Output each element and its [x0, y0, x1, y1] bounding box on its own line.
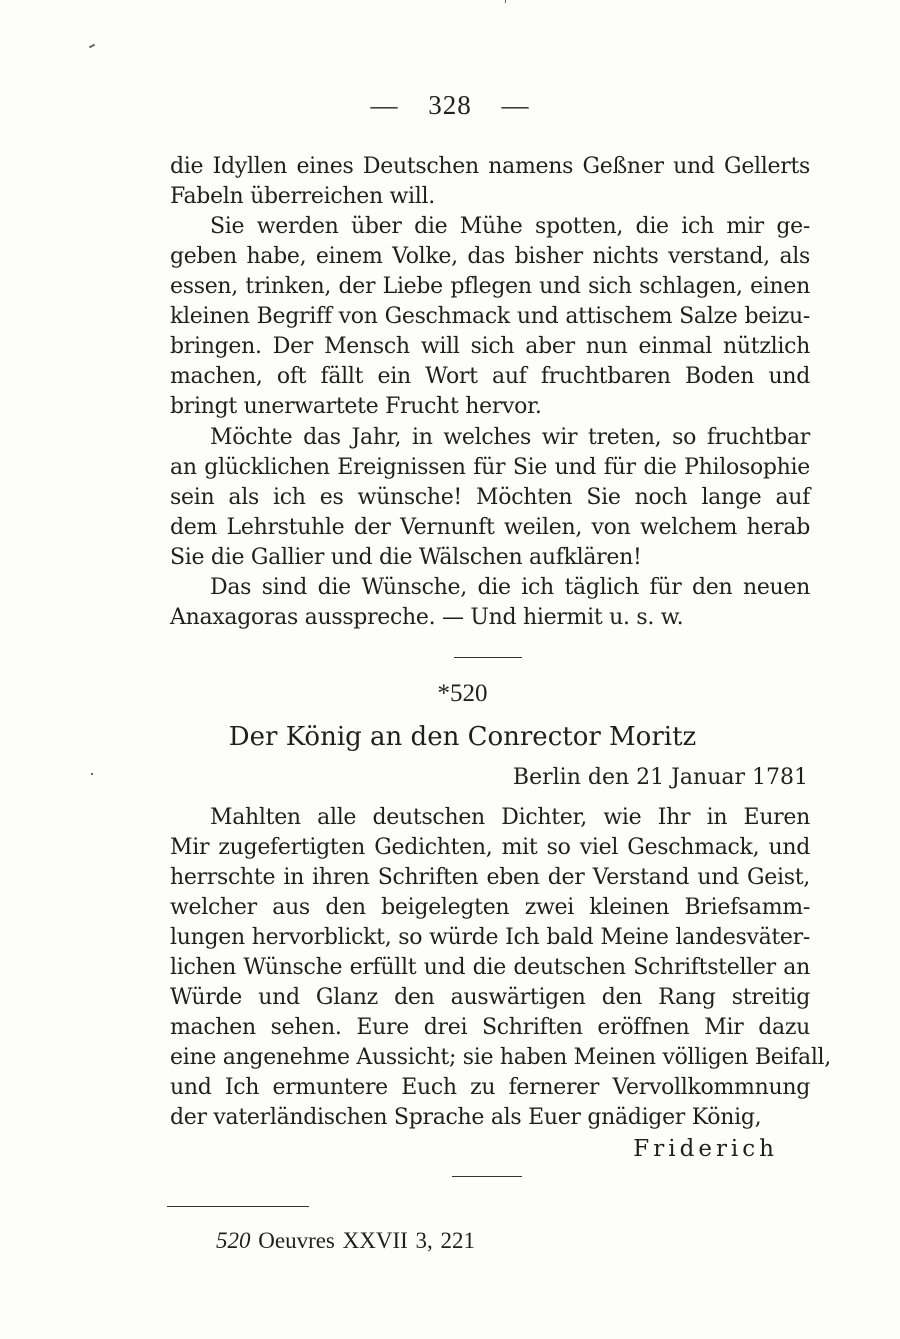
text-line: an glücklichen Ereignissen für Sie und f… [170, 453, 810, 483]
scan-speck [91, 773, 93, 775]
footnote-text: Oeuvres XXVII 3, 221 [258, 1228, 475, 1253]
text-line: lungen hervorblickt, so würde Ich bald M… [170, 923, 810, 953]
text-line: Würde und Glanz den auswärtigen den Rang… [170, 983, 810, 1013]
text-line: welcher aus den beigelegten zwei kleinen… [170, 893, 810, 923]
text-line: Mahlten alle deutschen Dichter, wie Ihr … [210, 803, 810, 833]
page-number: — 328 — [0, 90, 900, 121]
text-line: kleinen Begriff von Geschmack und attisc… [170, 302, 810, 332]
text-line: bringen. Der Mensch will sich aber nun e… [170, 332, 810, 362]
text-line: Fabeln überreichen will. [170, 182, 810, 212]
text-line: lichen Wünsche erfüllt und die deutschen… [170, 953, 810, 983]
text-line: Mir zugefertigten Gedichten, mit so viel… [170, 833, 810, 863]
text-line: geben habe, einem Volke, das bisher nich… [170, 242, 810, 272]
text-line: Sie die Gallier und die Wälschen aufklär… [170, 543, 810, 573]
text-line: die Idyllen eines Deutschen namens Geßne… [170, 152, 810, 182]
text-line: eine angenehme Aussicht; sie haben Meine… [170, 1043, 810, 1073]
text-line: bringt unerwartete Frucht hervor. [170, 392, 810, 422]
text-line: herrschte in ihren Schriften eben der Ve… [170, 863, 810, 893]
text-line: Anaxagoras ausspreche. — Und hiermit u. … [170, 603, 810, 633]
footnote-separator [167, 1206, 309, 1207]
text-line: machen sehen. Eure drei Schriften eröffn… [170, 1013, 810, 1043]
text-line: dem Lehrstuhle der Vernunft weilen, von … [170, 513, 810, 543]
letter-dateline: Berlin den 21 Januar 1781 [513, 765, 808, 790]
footnote-number: 520 [216, 1228, 251, 1253]
footnote: 520 Oeuvres XXVII 3, 221 [216, 1228, 475, 1254]
letter-number: *520 [0, 680, 900, 708]
text-line: sein als ich es wünsche! Möchten Sie noc… [170, 483, 810, 513]
text-line: der vaterländischen Sprache als Euer gnä… [170, 1103, 810, 1133]
text-line: Das sind die Wünsche, die ich täglich fü… [210, 573, 810, 603]
scan-speck [89, 44, 95, 49]
section-divider [452, 1176, 522, 1177]
text-line: essen, trinken, der Liebe pflegen und si… [170, 272, 810, 302]
text-line: machen, oft fällt ein Wort auf fruchtbar… [170, 362, 810, 392]
section-divider [454, 657, 522, 658]
text-line: Möchte das Jahr, in welches wir treten, … [210, 423, 810, 453]
scan-speck [505, 0, 506, 3]
letter-title: Der König an den Conrector Moritz [0, 722, 900, 752]
letter-signature: Friderich [633, 1136, 778, 1162]
text-line: Sie werden über die Mühe spotten, die ic… [210, 212, 810, 242]
text-line: und Ich ermuntere Euch zu fernerer Vervo… [170, 1073, 810, 1103]
